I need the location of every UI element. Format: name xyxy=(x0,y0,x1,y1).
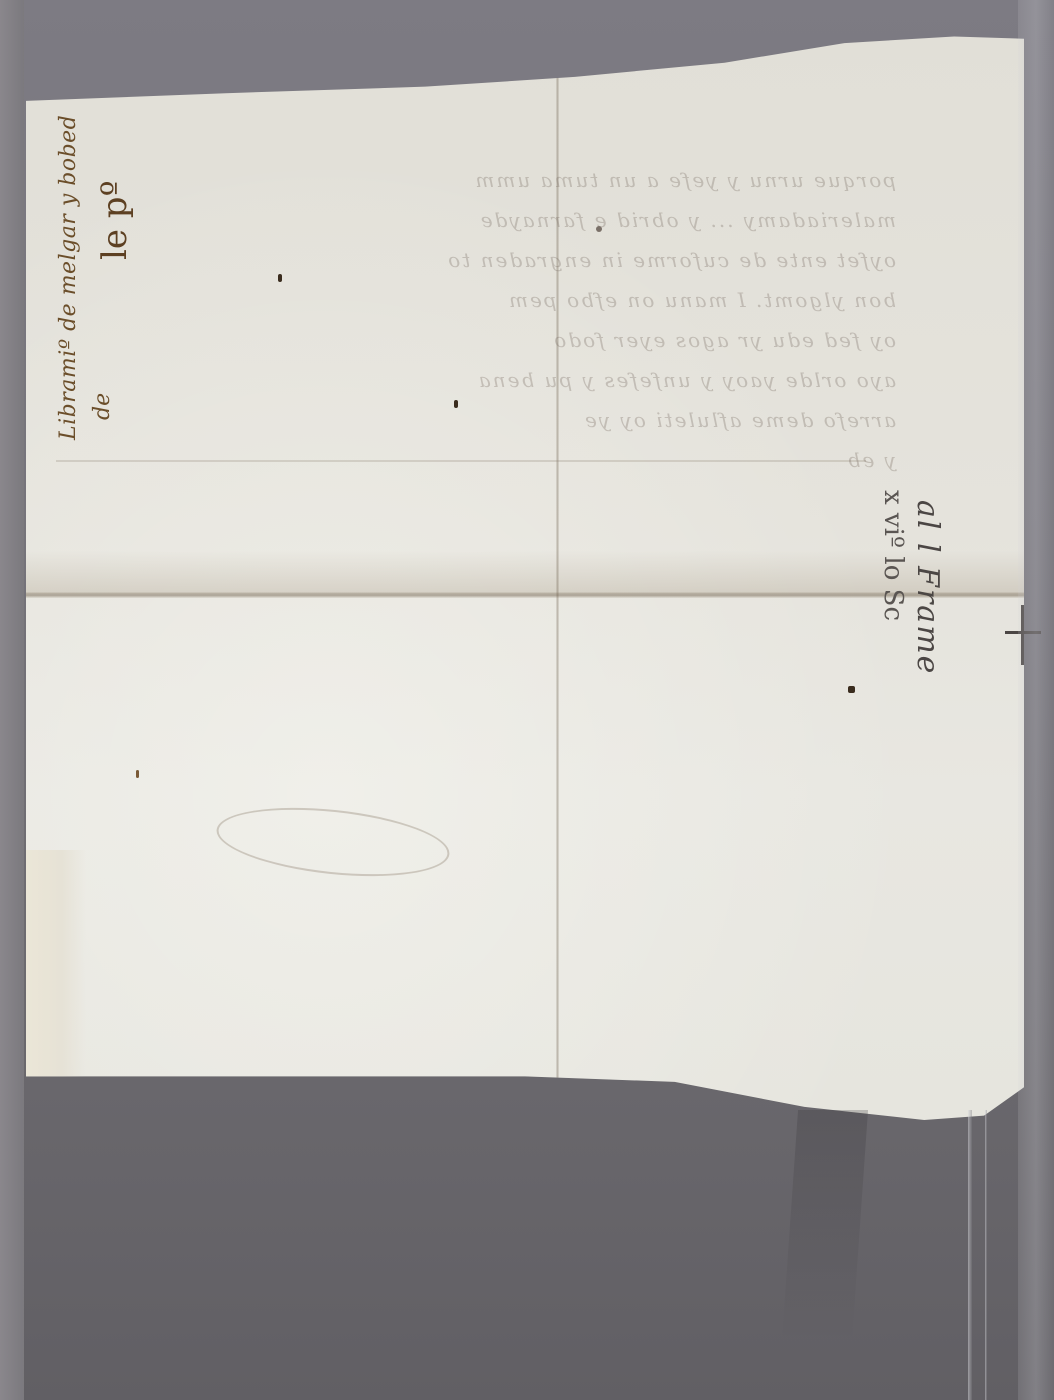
ink-spot xyxy=(136,770,139,778)
bleed-line: porque urnu y yefe a un tuma umm xyxy=(276,160,896,200)
right-margin-annotation-2: x viº lo Sc xyxy=(878,490,908,621)
photo-background-left xyxy=(0,0,24,1400)
bleed-line: y eb xyxy=(276,440,896,480)
bleed-line: bon ylgomt. I manu on efbo pem xyxy=(276,280,896,320)
ink-spot xyxy=(596,226,602,232)
fold-stain xyxy=(26,550,1024,594)
right-margin-annotation: al l Frame xyxy=(910,500,945,675)
shadow xyxy=(782,1110,868,1340)
manuscript-page: porque urnu y yefe a un tuma umm maleria… xyxy=(26,30,1024,1120)
bleed-line: arrefo deme afluleti oy ye xyxy=(276,400,896,440)
bleed-line: oy fed edu yr agos eyer fodo xyxy=(276,320,896,360)
ink-spot xyxy=(454,400,458,408)
left-margin-annotation-de: de xyxy=(90,393,115,420)
left-margin-annotation-lepo: le pº xyxy=(95,180,135,260)
sleeve-reflection xyxy=(985,1110,987,1400)
bleed-line: oyfet ente de cuforme in engraden to xyxy=(276,240,896,280)
ink-spot xyxy=(278,274,282,282)
sleeve-reflection xyxy=(968,1110,972,1400)
plastic-sleeve-edge xyxy=(1018,0,1054,1400)
ink-spot xyxy=(848,686,855,693)
left-margin-annotation: Libramiº de melgar y bobed xyxy=(56,115,81,440)
bleed-line: maleriadamy ... y obrid e farnayde xyxy=(276,200,896,240)
bleed-through-text: porque urnu y yefe a un tuma umm maleria… xyxy=(276,160,896,480)
worn-paper-edge xyxy=(26,850,86,1120)
faint-ink-loop xyxy=(213,798,452,886)
bleed-line: ayo orlde yaoy y unfefes y pu bena xyxy=(276,360,896,400)
horizontal-fold-line xyxy=(26,592,1024,598)
